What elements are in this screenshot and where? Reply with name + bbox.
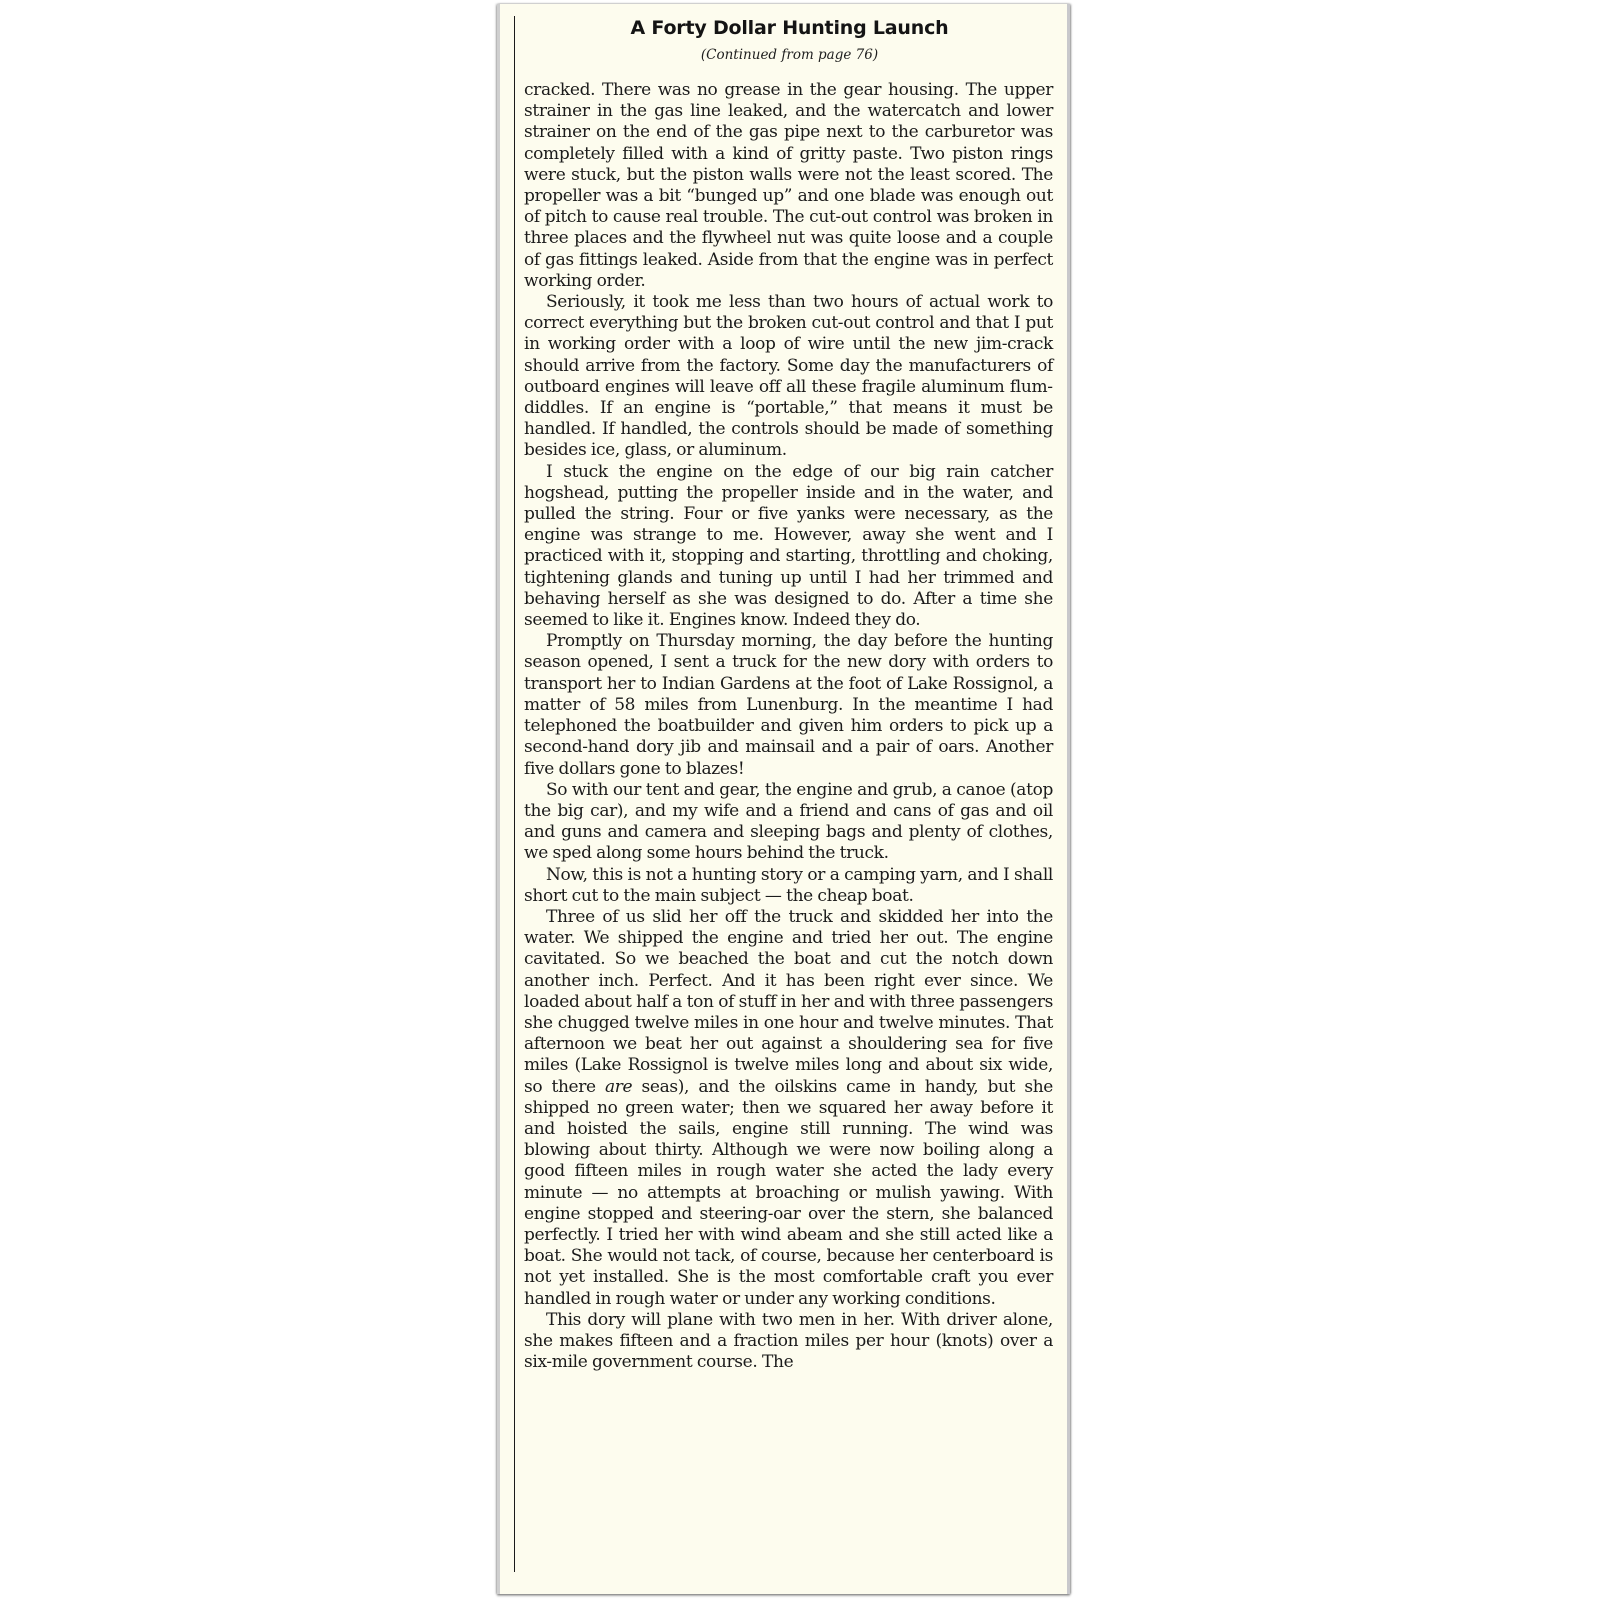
- paragraph: Seriously, it took me less than two hour…: [524, 292, 1053, 462]
- paragraph: Three of us slid her off the truck and s…: [524, 907, 1053, 1310]
- magazine-clipping: A Forty Dollar Hunting Launch (Continued…: [497, 4, 1070, 1594]
- continued-note: (Continued from page 76): [520, 46, 1059, 64]
- article-header: A Forty Dollar Hunting Launch (Continued…: [520, 16, 1059, 64]
- article-body: cracked. There was no grease in the gear…: [524, 80, 1053, 1373]
- paragraph: Promptly on Thursday morning, the day be…: [524, 631, 1053, 779]
- article-title: A Forty Dollar Hunting Launch: [520, 16, 1059, 40]
- paragraph: cracked. There was no grease in the gear…: [524, 80, 1053, 292]
- emphasis: are: [605, 1077, 632, 1097]
- paragraph: So with our tent and gear, the engine an…: [524, 780, 1053, 865]
- paragraph: This dory will plane with two men in her…: [524, 1310, 1053, 1374]
- paragraph: Now, this is not a hunting story or a ca…: [524, 865, 1053, 907]
- paragraph: I stuck the engine on the edge of our bi…: [524, 462, 1053, 632]
- column-rule: [514, 16, 515, 1572]
- paragraph-text: seas), and the oilskins came in handy, b…: [524, 1077, 1053, 1309]
- paragraph-text: Three of us slid her off the truck and s…: [524, 907, 1053, 1097]
